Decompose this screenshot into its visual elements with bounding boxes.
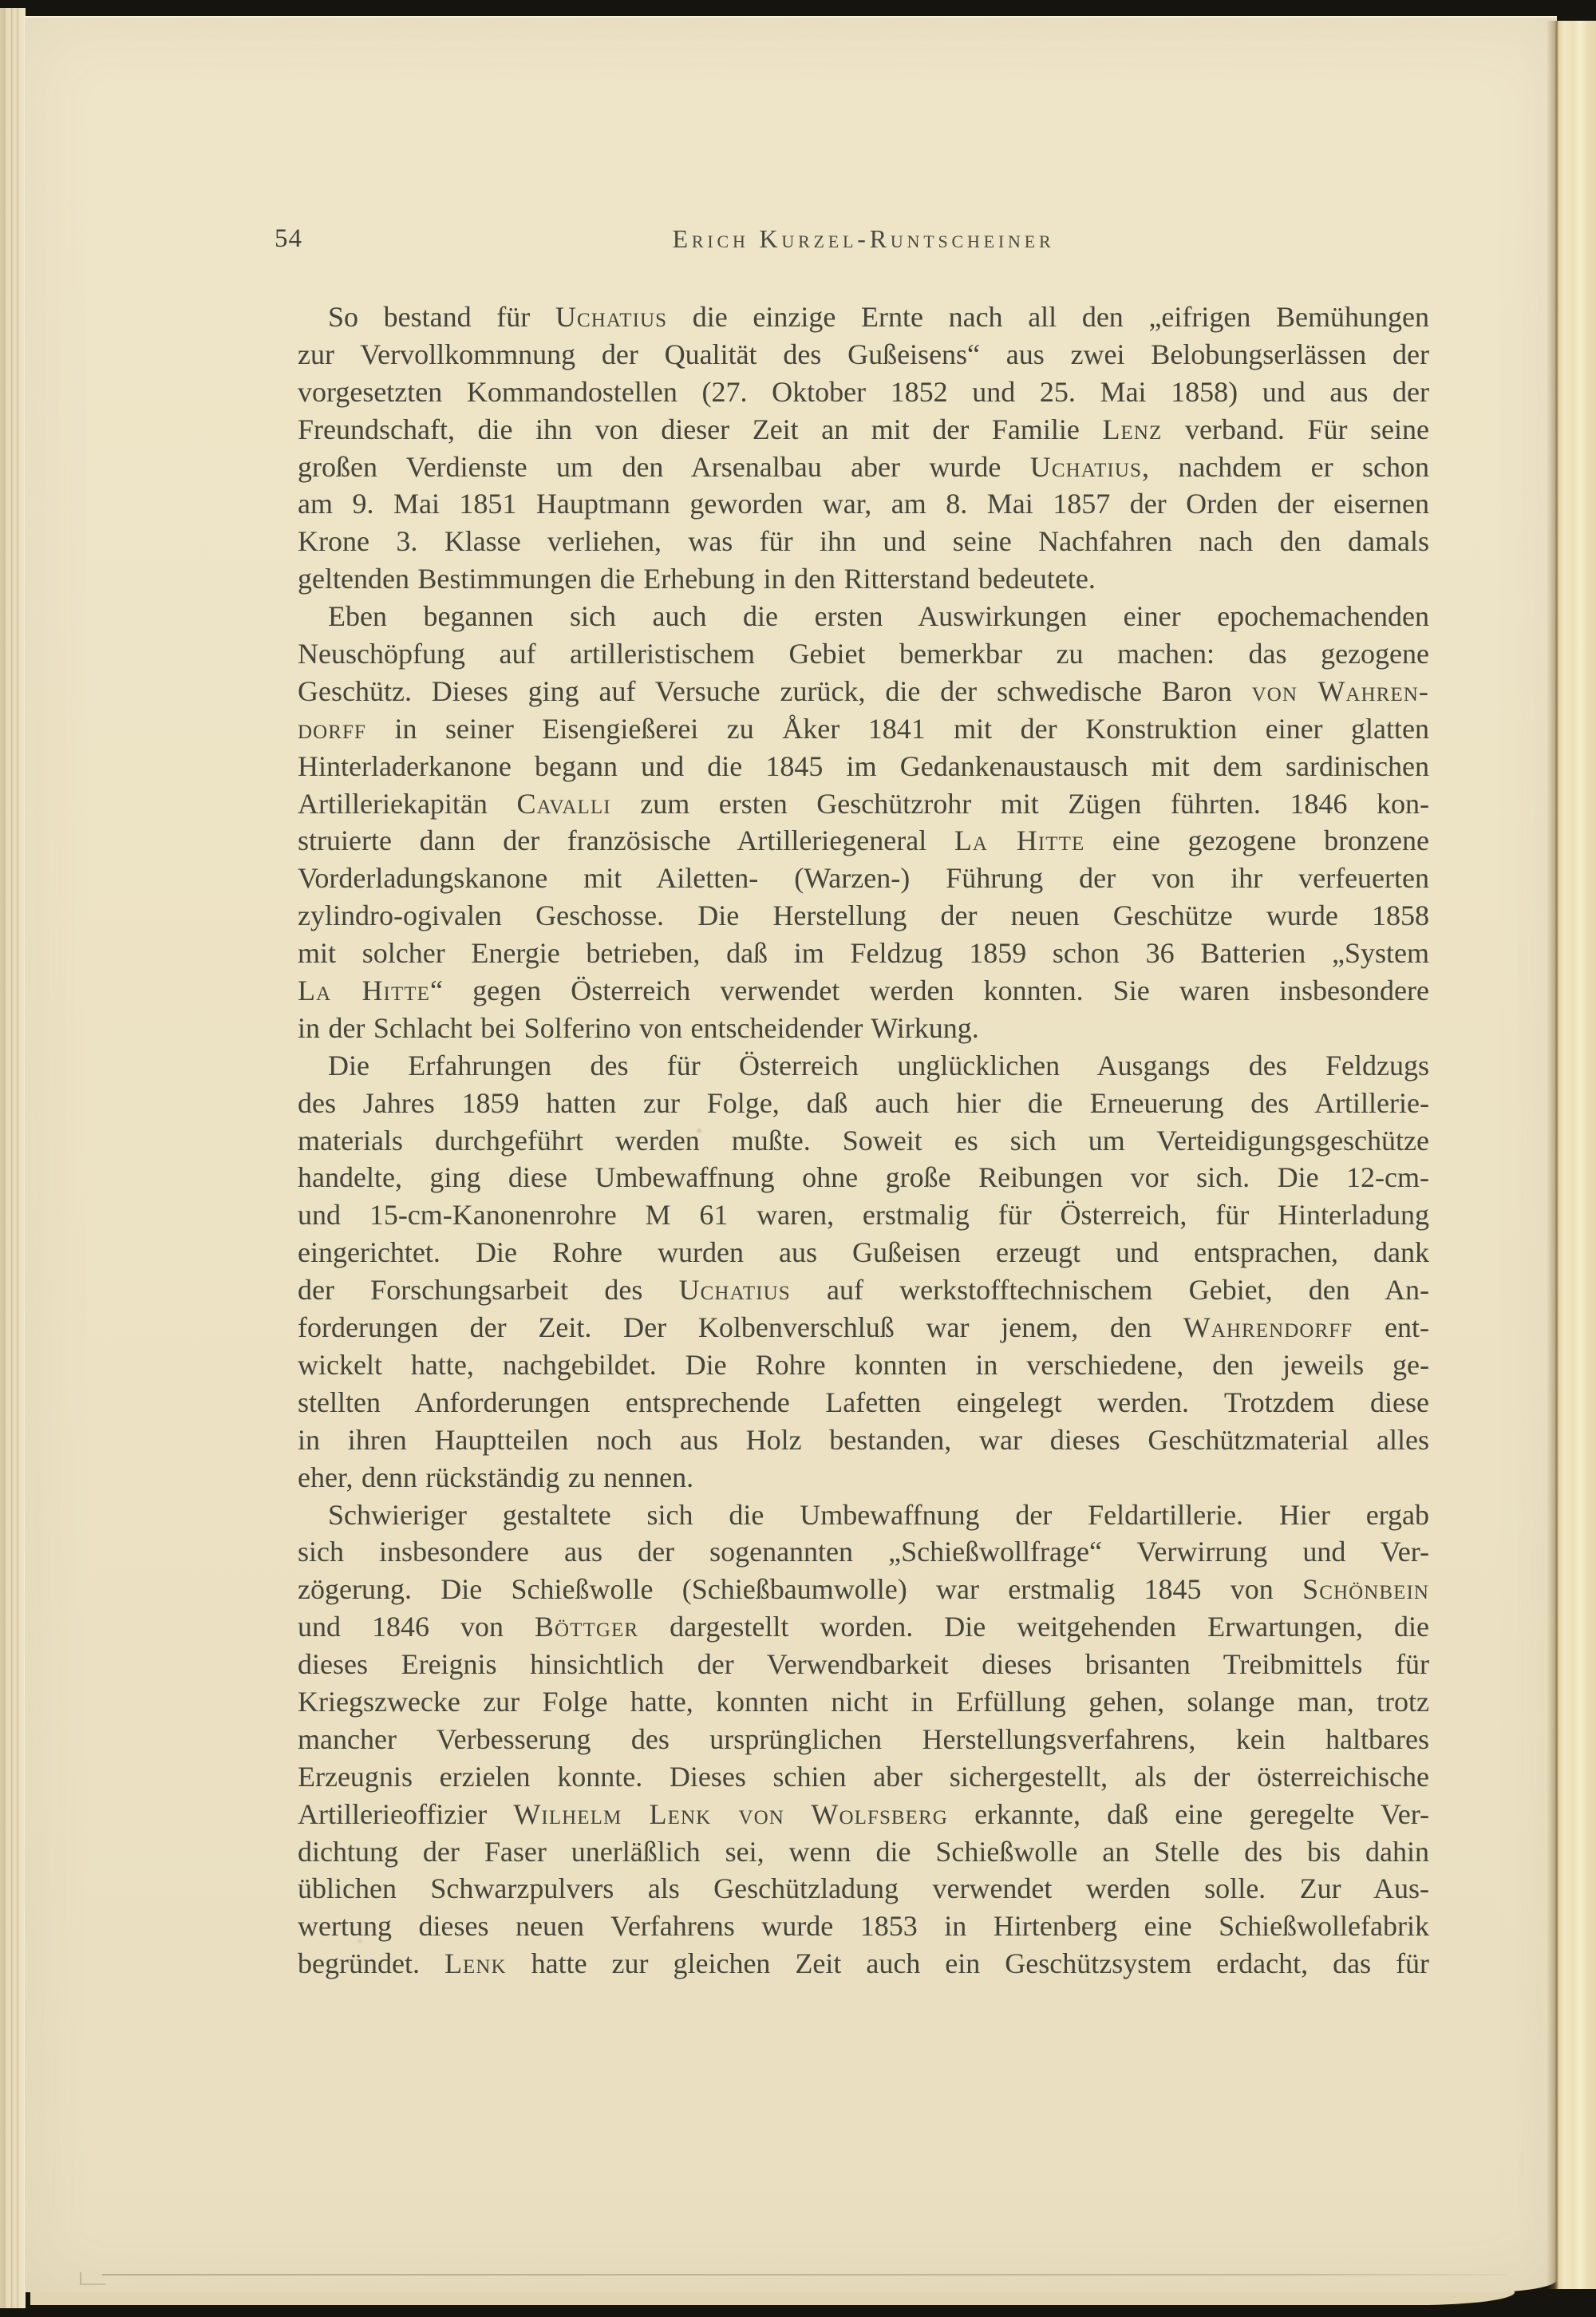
text-line: üblichen Schwarzpulvers als Geschützladu…	[298, 1870, 1429, 1908]
text-line: in der Schlacht bei Solferino von entsch…	[298, 1010, 1429, 1047]
book-page-edges-left	[0, 8, 26, 2308]
text-line: sich insbesondere aus der sogenannten „S…	[298, 1533, 1429, 1571]
text-segment: und 15-cm-Kanonenrohre M 61 waren, erstm…	[298, 1199, 1429, 1231]
text-line: Artilleriekapitän Cavalli zum ersten Ges…	[298, 785, 1429, 823]
text-segment: Artilleriekapitän	[298, 788, 516, 820]
text-segment: in der Schlacht bei Solferino von entsch…	[298, 1012, 979, 1044]
text-segment: zur Vervollkommnung der Qualität des Guß…	[298, 338, 1429, 370]
book-gutter	[1547, 21, 1596, 2289]
text-segment: stellten Anforderungen entsprechende Laf…	[298, 1386, 1429, 1418]
text-segment: des Jahres 1859 hatten zur Folge, daß au…	[298, 1087, 1429, 1119]
text-line: vorgesetzten Kommandostellen (27. Oktobe…	[298, 374, 1429, 411]
small-caps-name: Böttger	[535, 1611, 638, 1643]
book-scan: { "colors": { "paper": "#ede3c5", "ink":…	[0, 0, 1596, 2317]
text-segment: erkannte, daß eine geregelte Ver-	[948, 1798, 1429, 1830]
text-segment: wertung dieses neuen Verfahrens wurde 18…	[298, 1910, 1429, 1942]
text-segment: hatte zur gleichen Zeit auch ein Geschüt…	[507, 1947, 1429, 1979]
text-segment: Die Erfahrungen des für Österreich unglü…	[328, 1050, 1429, 1081]
text-segment: zylindro-ogivalen Geschosse. Die Herstel…	[298, 900, 1429, 931]
small-caps-name: dorff	[298, 713, 366, 745]
text-segment: mit solcher Energie betrieben, daß im Fe…	[298, 937, 1429, 969]
text-line: Neuschöpfung auf artilleristischem Gebie…	[298, 635, 1429, 673]
text-segment: in ihren Hauptteilen noch aus Holz besta…	[298, 1424, 1429, 1456]
text-segment: eingerichtet. Die Rohre wurden aus Gußei…	[298, 1236, 1429, 1268]
text-segment: dichtung der Faser unerläßlich sei, wenn…	[298, 1836, 1429, 1868]
text-line: Die Erfahrungen des für Österreich unglü…	[298, 1047, 1429, 1085]
text-segment: wickelt hatte, nachgebildet. Die Rohre k…	[298, 1349, 1429, 1381]
text-line: und 15-cm-Kanonenrohre M 61 waren, erstm…	[298, 1196, 1429, 1234]
text-segment: , nachdem er schon	[1142, 451, 1429, 483]
text-line: So bestand für Uchatius die einzige Ernt…	[298, 299, 1429, 336]
text-line: wickelt hatte, nachgebildet. Die Rohre k…	[298, 1346, 1429, 1384]
text-line: Krone 3. Klasse verliehen, was für ihn u…	[298, 523, 1429, 560]
text-segment: Krone 3. Klasse verliehen, was für ihn u…	[298, 525, 1429, 557]
text-segment: Erzeugnis erzielen konnte. Dieses schien…	[298, 1761, 1429, 1793]
text-segment: vorgesetzten Kommandostellen (27. Oktobe…	[298, 376, 1429, 408]
text-line: Vorderladungskanone mit Ailetten- (Warze…	[298, 860, 1429, 897]
text-line: begründet. Lenk hatte zur gleichen Zeit …	[298, 1945, 1429, 1983]
text-segment: So bestand für	[328, 301, 555, 333]
text-segment: Neuschöpfung auf artilleristischem Gebie…	[298, 638, 1429, 670]
text-segment: ent-	[1353, 1311, 1429, 1343]
small-caps-name: Schönbein	[1302, 1573, 1429, 1605]
text-segment: zögerung. Die Schießwolle (Schießbaumwol…	[298, 1573, 1302, 1605]
text-line: des Jahres 1859 hatten zur Folge, daß au…	[298, 1085, 1429, 1122]
text-line: Kriegszwecke zur Folge hatte, konnten ni…	[298, 1683, 1429, 1721]
text-segment: eine gezogene bronzene	[1084, 824, 1429, 856]
text-line: dorff in seiner Eisengießerei zu Åker 18…	[298, 710, 1429, 748]
underlying-page-corner	[80, 2272, 105, 2285]
text-segment: Geschütz. Dieses ging auf Versuche zurüc…	[298, 675, 1252, 707]
text-line: großen Verdienste um den Arsenalbau aber…	[298, 449, 1429, 486]
small-caps-name: von Wahren-	[1252, 675, 1429, 707]
text-segment: am 9. Mai 1851 Hauptmann geworden war, a…	[298, 488, 1429, 520]
text-line: der Forschungsarbeit des Uchatius auf we…	[298, 1271, 1429, 1309]
text-line: zögerung. Die Schießwolle (Schießbaumwol…	[298, 1571, 1429, 1608]
text-line: Schwieriger gestaltete sich die Umbewaff…	[298, 1497, 1429, 1534]
small-caps-name: Lenk	[444, 1947, 507, 1979]
text-line: Erzeugnis erzielen konnte. Dieses schien…	[298, 1758, 1429, 1796]
small-caps-name: Uchatius	[1030, 451, 1142, 483]
text-line: mit solcher Energie betrieben, daß im Fe…	[298, 935, 1429, 972]
text-segment: struierte dann der französische Artiller…	[298, 824, 954, 856]
text-line: eingerichtet. Die Rohre wurden aus Gußei…	[298, 1234, 1429, 1271]
small-caps-name: La Hitte	[298, 975, 430, 1006]
page: 54 Erich Kurzel-Runtscheiner So bestand …	[24, 16, 1557, 2292]
text-segment: forderungen der Zeit. Der Kolbenverschlu…	[298, 1311, 1183, 1343]
text-line: forderungen der Zeit. Der Kolbenverschlu…	[298, 1309, 1429, 1346]
text-segment: sich insbesondere aus der sogenannten „S…	[298, 1536, 1429, 1568]
text-segment: Eben begannen sich auch die ersten Auswi…	[328, 600, 1429, 632]
text-line: Artillerieoffizier Wilhelm Lenk von Wolf…	[298, 1796, 1429, 1833]
text-line: mancher Verbesserung des ursprünglichen …	[298, 1721, 1429, 1758]
text-line: geltenden Bestimmungen die Erhebung in d…	[298, 560, 1429, 598]
text-line: zylindro-ogivalen Geschosse. Die Herstel…	[298, 897, 1429, 935]
text-line: Freundschaft, die ihn von dieser Zeit an…	[298, 411, 1429, 449]
text-segment: Artillerieoffizier	[298, 1798, 513, 1830]
text-segment: mancher Verbesserung des ursprünglichen …	[298, 1723, 1429, 1755]
text-line: La Hitte“ gegen Österreich verwendet wer…	[298, 972, 1429, 1010]
text-line: materials durchgeführt werden mußte. Sow…	[298, 1122, 1429, 1160]
text-line: Hinterladerkanone begann und die 1845 im…	[298, 748, 1429, 785]
small-caps-name: Lenz	[1102, 413, 1162, 445]
text-line: am 9. Mai 1851 Hauptmann geworden war, a…	[298, 485, 1429, 523]
text-segment: großen Verdienste um den Arsenalbau aber…	[298, 451, 1030, 483]
text-segment: Hinterladerkanone begann und die 1845 im…	[298, 750, 1429, 782]
text-segment: zum ersten Geschützrohr mit Zügen führte…	[611, 788, 1429, 820]
text-segment: Vorderladungskanone mit Ailetten- (Warze…	[298, 862, 1429, 894]
text-segment: “ gegen Österreich verwendet werden konn…	[430, 975, 1429, 1006]
text-line: dieses Ereignis hinsichtlich der Verwend…	[298, 1646, 1429, 1683]
small-caps-name: La Hitte	[954, 824, 1084, 856]
text-segment: und 1846 von	[298, 1611, 535, 1643]
text-segment: die einzige Ernte nach all den „eifrigen…	[667, 301, 1429, 333]
text-segment: in seiner Eisengießerei zu Åker 1841 mit…	[366, 713, 1429, 745]
text-segment: der Forschungsarbeit des	[298, 1274, 679, 1306]
text-line: Geschütz. Dieses ging auf Versuche zurüc…	[298, 673, 1429, 710]
text-segment: verband. Für seine	[1162, 413, 1429, 445]
text-line: in ihren Hauptteilen noch aus Holz besta…	[298, 1421, 1429, 1459]
text-segment: dieses Ereignis hinsichtlich der Verwend…	[298, 1648, 1429, 1680]
text-line: handelte, ging diese Umbewaffnung ohne g…	[298, 1159, 1429, 1196]
text-line: stellten Anforderungen entsprechende Laf…	[298, 1384, 1429, 1421]
text-segment: dargestellt worden. Die weitgehenden Erw…	[638, 1611, 1429, 1643]
text-segment: Freundschaft, die ihn von dieser Zeit an…	[298, 413, 1102, 445]
small-caps-name: Uchatius	[679, 1274, 791, 1306]
underlying-page-line	[102, 2274, 1507, 2275]
text-segment: üblichen Schwarzpulvers als Geschützladu…	[298, 1872, 1429, 1904]
text-block: So bestand für Uchatius die einzige Ernt…	[298, 299, 1429, 1983]
small-caps-name: Wahrendorff	[1183, 1311, 1353, 1343]
text-line: dichtung der Faser unerläßlich sei, wenn…	[298, 1833, 1429, 1871]
text-segment: Schwieriger gestaltete sich die Umbewaff…	[328, 1499, 1429, 1531]
text-line: und 1846 von Böttger dargestellt worden.…	[298, 1608, 1429, 1646]
text-line: struierte dann der französische Artiller…	[298, 822, 1429, 860]
text-segment: auf werkstofftechnischem Gebiet, den An-	[791, 1274, 1429, 1306]
text-segment: geltenden Bestimmungen die Erhebung in d…	[298, 563, 1096, 595]
small-caps-name: Cavalli	[516, 788, 610, 820]
small-caps-name: Uchatius	[555, 301, 667, 333]
running-header: Erich Kurzel-Runtscheiner	[298, 224, 1429, 254]
text-segment: handelte, ging diese Umbewaffnung ohne g…	[298, 1161, 1429, 1193]
small-caps-name: Wilhelm Lenk von Wolfsberg	[513, 1798, 948, 1830]
text-line: Eben begannen sich auch die ersten Auswi…	[298, 598, 1429, 635]
text-segment: materials durchgeführt werden mußte. Sow…	[298, 1125, 1429, 1157]
text-line: wertung dieses neuen Verfahrens wurde 18…	[298, 1908, 1429, 1945]
text-line: eher, denn rückständig zu nennen.	[298, 1459, 1429, 1497]
text-segment: begründet.	[298, 1947, 444, 1979]
text-line: zur Vervollkommnung der Qualität des Guß…	[298, 336, 1429, 374]
text-segment: eher, denn rückständig zu nennen.	[298, 1461, 693, 1493]
text-segment: Kriegszwecke zur Folge hatte, konnten ni…	[298, 1686, 1429, 1718]
